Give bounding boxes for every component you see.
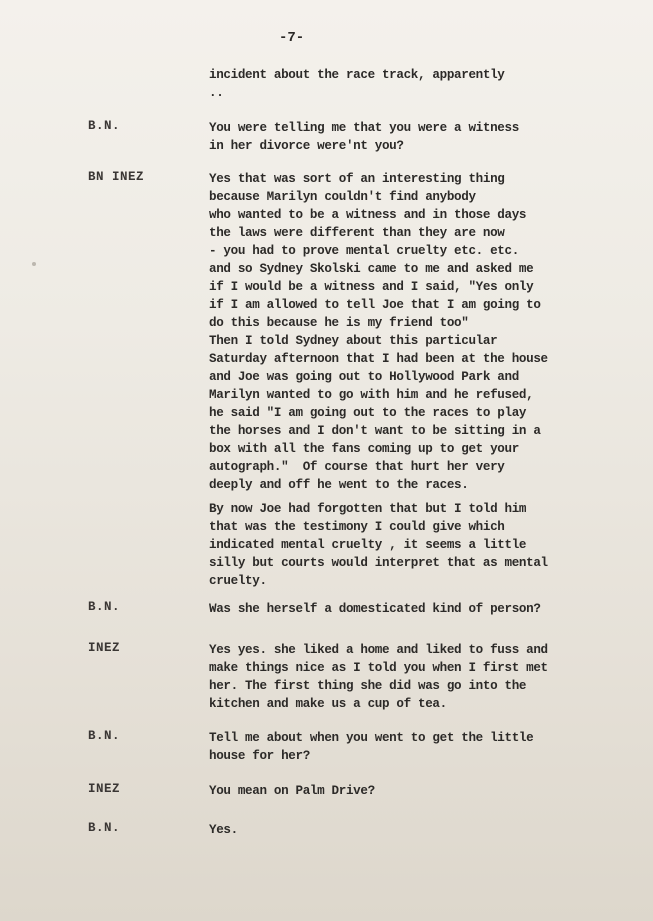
entry-text: You mean on Palm Drive? xyxy=(209,782,639,800)
typewritten-page: -7- incident about the race track, appar… xyxy=(0,0,653,921)
speaker-label: BN INEZ xyxy=(88,170,144,184)
entry-text: Was she herself a domesticated kind of p… xyxy=(209,600,639,618)
entry-text: You were telling me that you were a witn… xyxy=(209,119,639,155)
speaker-label: B.N. xyxy=(88,119,120,133)
paper-blemish xyxy=(32,262,36,266)
speaker-label: B.N. xyxy=(88,821,120,835)
entry-text: Yes that was sort of an interesting thin… xyxy=(209,170,639,494)
entry-text: Yes yes. she liked a home and liked to f… xyxy=(209,641,639,713)
speaker-label: B.N. xyxy=(88,600,120,614)
speaker-label: INEZ xyxy=(88,782,120,796)
page-number: -7- xyxy=(279,30,304,46)
speaker-label: INEZ xyxy=(88,641,120,655)
entry-text: incident about the race track, apparentl… xyxy=(209,66,639,102)
speaker-label: B.N. xyxy=(88,729,120,743)
entry-text: Tell me about when you went to get the l… xyxy=(209,729,639,765)
entry-text: Yes. xyxy=(209,821,639,839)
entry-text: By now Joe had forgotten that but I told… xyxy=(209,500,639,590)
